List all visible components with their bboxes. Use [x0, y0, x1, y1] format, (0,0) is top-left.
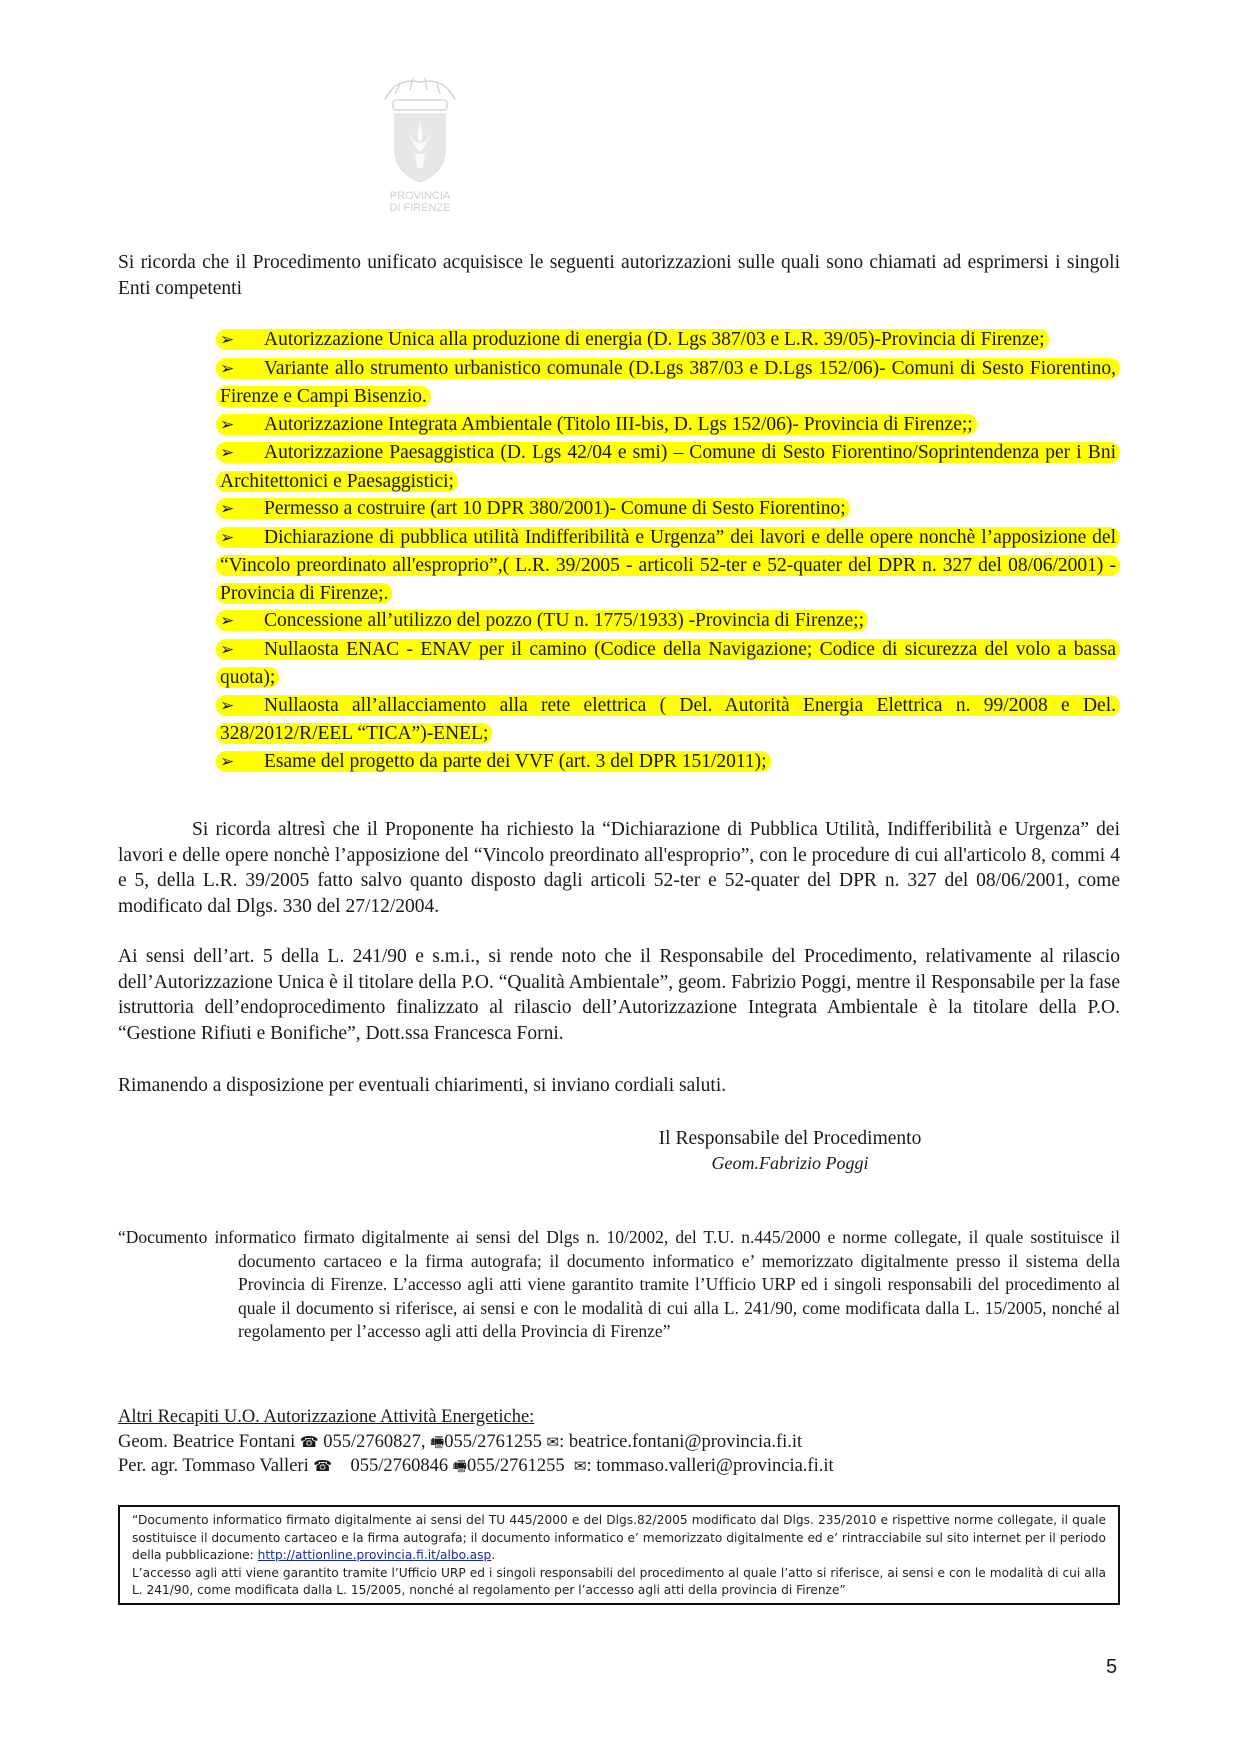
arrowhead-bullet-icon: ➢: [220, 749, 264, 777]
fax-icon: 🖷: [430, 1433, 444, 1451]
arrowhead-bullet-icon: ➢: [220, 440, 264, 468]
authorization-item: ➢Variante allo strumento urbanistico com…: [216, 355, 1120, 411]
authorization-item: ➢Dichiarazione di pubblica utilità Indif…: [216, 524, 1120, 608]
contacts-title: Altri Recapiti U.O. Autorizzazione Attiv…: [118, 1405, 1120, 1430]
arrowhead-bullet-icon: ➢: [220, 356, 264, 384]
authorization-text: Esame del progetto da parte dei VVF (art…: [264, 751, 767, 772]
albo-link[interactable]: http://attionline.provincia.fi.it/albo.a…: [258, 1548, 492, 1562]
contact-phone: 055/2760827,: [323, 1432, 425, 1452]
authorization-text: Variante allo strumento urbanistico comu…: [220, 358, 1116, 408]
phone-icon: ☎: [300, 1433, 319, 1451]
signature-block: Il Responsabile del Procedimento Geom.Fa…: [630, 1126, 950, 1176]
authorization-text: Autorizzazione Unica alla produzione di …: [264, 329, 1045, 350]
authorization-item: ➢Autorizzazione Paesaggistica (D. Lgs 42…: [216, 439, 1120, 495]
contact-email[interactable]: tommaso.valleri@provincia.fi.it: [596, 1456, 833, 1476]
authorizations-list: ➢Autorizzazione Unica alla produzione di…: [216, 326, 1120, 776]
authorization-item: ➢Nullaosta ENAC - ENAV per il camino (Co…: [216, 636, 1120, 692]
coat-of-arms-icon: [365, 72, 475, 187]
contact-name: Per. agr. Tommaso Valleri: [118, 1456, 309, 1476]
authorization-item: ➢Nullaosta all’allacciamento alla rete e…: [216, 692, 1120, 748]
authorization-text: Dichiarazione di pubblica utilità Indiff…: [220, 527, 1116, 604]
mail-icon: ✉: [574, 1457, 587, 1475]
fax-icon: 🖷: [453, 1457, 467, 1475]
footer-text-1: “Documento informatico firmato digitalme…: [132, 1512, 1106, 1565]
contact-name: Geom. Beatrice Fontani: [118, 1432, 295, 1452]
signature-name: Geom.Fabrizio Poggi: [630, 1151, 950, 1176]
paragraph-pubblica-utilita: Si ricorda altresì che il Proponente ha …: [118, 817, 1120, 919]
authorization-text: Autorizzazione Integrata Ambientale (Tit…: [264, 414, 973, 435]
page-number: 5: [1106, 1656, 1117, 1679]
contact-email[interactable]: beatrice.fontani@provincia.fi.it: [569, 1432, 802, 1452]
logo-line-2: DI FIRENZE: [365, 202, 475, 214]
authorization-text: Concessione all’utilizzo del pozzo (TU n…: [264, 610, 864, 631]
footer-text-1-end: .: [491, 1548, 495, 1562]
arrowhead-bullet-icon: ➢: [220, 496, 264, 524]
signature-role: Il Responsabile del Procedimento: [630, 1126, 950, 1151]
authorization-item: ➢Concessione all’utilizzo del pozzo (TU …: [216, 607, 1120, 636]
logo-line-1: PROVINCIA: [365, 190, 475, 202]
mail-icon: ✉: [547, 1433, 560, 1451]
arrowhead-bullet-icon: ➢: [220, 525, 264, 553]
authorization-item: ➢Autorizzazione Integrata Ambientale (Ti…: [216, 411, 1120, 440]
authorization-item: ➢Permesso a costruire (art 10 DPR 380/20…: [216, 495, 1120, 524]
contact-phone: 055/2760846: [351, 1456, 449, 1476]
arrowhead-bullet-icon: ➢: [220, 693, 264, 721]
provincia-firenze-logo: PROVINCIA DI FIRENZE: [365, 72, 475, 222]
paragraph-responsabile: Ai sensi dell’art. 5 della L. 241/90 e s…: [118, 944, 1120, 1046]
footer-text-2: L’accesso agli atti viene garantito tram…: [132, 1565, 1106, 1600]
arrowhead-bullet-icon: ➢: [220, 637, 264, 665]
arrowhead-bullet-icon: ➢: [220, 327, 264, 355]
contact-fax: 055/2761255: [467, 1456, 565, 1476]
authorization-item: ➢Autorizzazione Unica alla produzione di…: [216, 326, 1120, 355]
authorization-text: Permesso a costruire (art 10 DPR 380/200…: [264, 498, 846, 519]
contact-row: Per. agr. Tommaso Valleri ☎ 055/2760846 …: [118, 1454, 1120, 1479]
paragraph-saluti: Rimanendo a disposizione per eventuali c…: [118, 1073, 1120, 1099]
footer-legal-box: “Documento informatico firmato digitalme…: [118, 1505, 1120, 1605]
contacts-section: Altri Recapiti U.O. Autorizzazione Attiv…: [118, 1405, 1120, 1479]
contact-fax: 055/2761255: [444, 1432, 542, 1452]
digital-signature-note: “Documento informatico firmato digitalme…: [118, 1226, 1120, 1344]
authorization-text: Autorizzazione Paesaggistica (D. Lgs 42/…: [220, 442, 1116, 492]
authorization-item: ➢Esame del progetto da parte dei VVF (ar…: [216, 748, 1120, 777]
arrowhead-bullet-icon: ➢: [220, 412, 264, 440]
phone-icon: ☎: [313, 1457, 332, 1475]
authorization-text: Nullaosta ENAC - ENAV per il camino (Cod…: [220, 639, 1116, 689]
authorization-text: Nullaosta all’allacciamento alla rete el…: [220, 695, 1116, 745]
arrowhead-bullet-icon: ➢: [220, 608, 264, 636]
contact-row: Geom. Beatrice Fontani ☎ 055/2760827, 🖷0…: [118, 1430, 1120, 1455]
intro-paragraph: Si ricorda che il Procedimento unificato…: [118, 250, 1120, 301]
